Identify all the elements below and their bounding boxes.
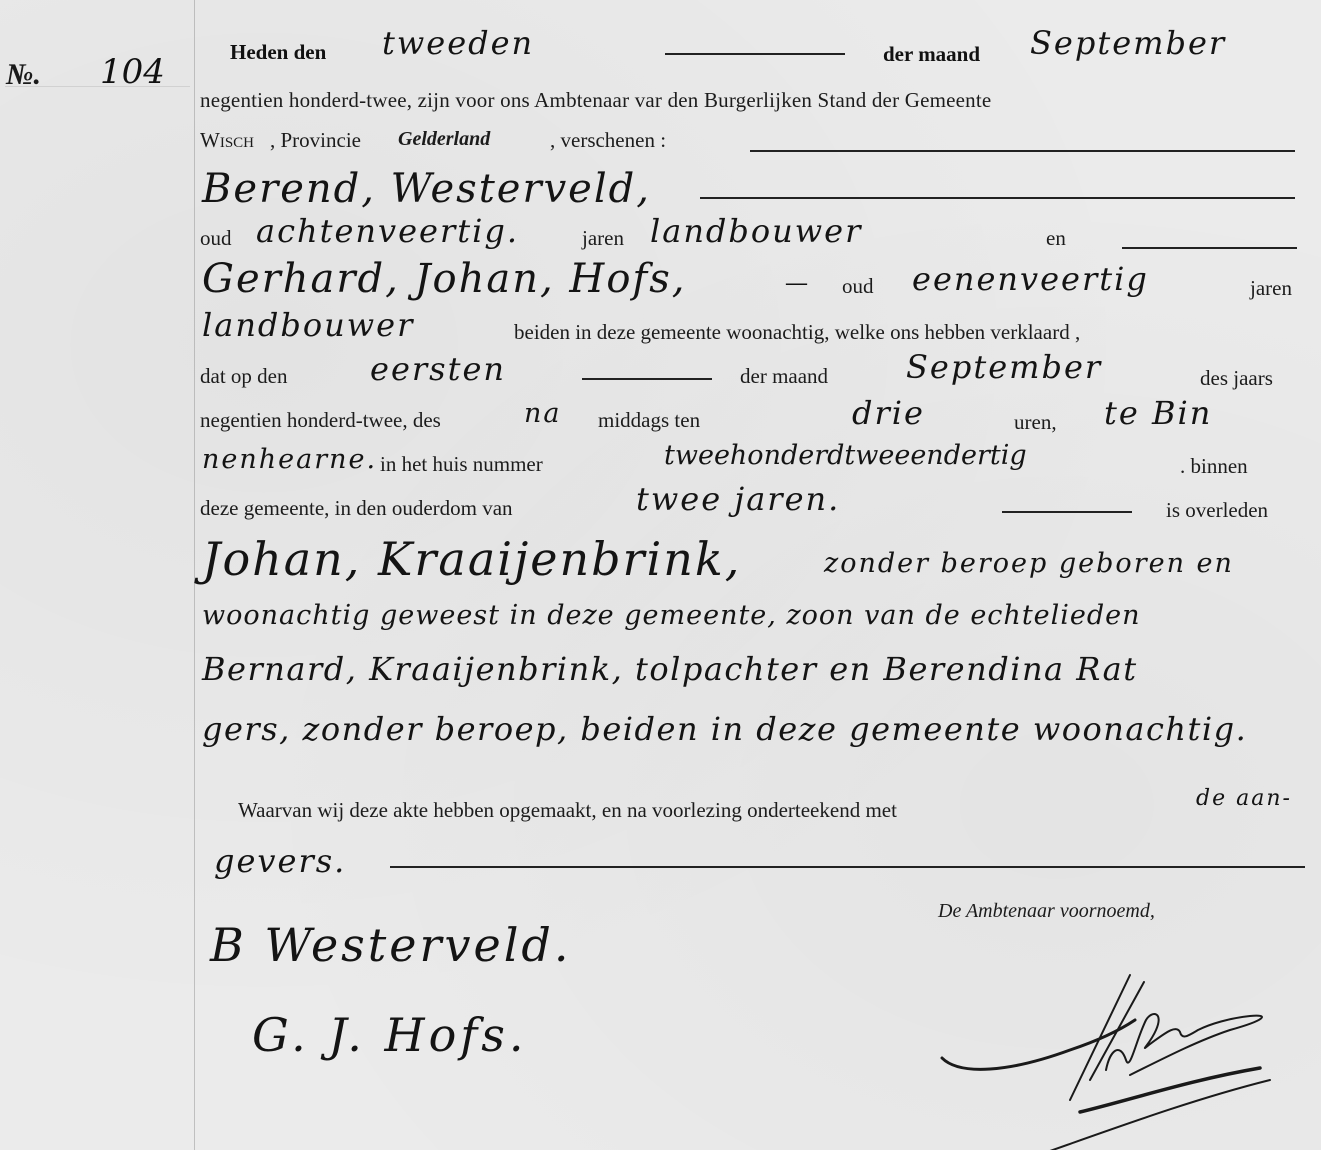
handwritten-parents-names: Bernard, Kraaijenbrink, tolpachter en Be… [202,650,1138,688]
record-number-label: №. [6,58,41,92]
province-name: Gelderland [398,128,490,151]
printed-text: is overleden [1166,498,1268,523]
blank-rule [750,150,1295,152]
handwritten-signers: de aan- [1196,786,1292,811]
printed-text: des jaars [1200,366,1273,391]
handwritten-deceased-name: Johan, Kraaijenbrink, [202,532,741,586]
handwritten-deceased-details: zonder beroep geboren en [824,548,1234,579]
printed-text: oud [200,226,232,251]
printed-text: dat op den [200,364,287,389]
handwritten-parents-residence: gers, zonder beroep, beiden in deze geme… [202,710,1247,748]
handwritten-place-part-1: te Bin [1104,394,1212,432]
printed-text: . binnen [1180,454,1248,479]
printed-text: jaren [1250,276,1292,301]
printed-text: in het huis nummer [380,452,543,477]
printed-text: negentien honderd-twee, zijn voor ons Am… [200,88,991,113]
municipality-name: Wisch [200,128,254,153]
handwritten-age-2: eenenveertig [912,260,1149,298]
handwritten-age-deceased: twee jaren. [636,480,840,518]
printed-text: uren, [1014,410,1057,435]
handwritten-occupation-2: landbouwer [202,306,414,344]
death-certificate-page: №. 104 Heden den tweeden der maand Septe… [0,0,1321,1150]
official-signature-icon [930,950,1320,1150]
printed-text: der maand [740,364,828,389]
blank-rule [700,197,1295,199]
blank-rule [665,53,845,55]
signature-declarant-2: G. J. Hofs. [252,1008,528,1062]
handwritten-declarant-2-name: Gerhard, Johan, Hofs, [202,256,686,302]
blank-rule [1002,511,1132,513]
printed-text: Heden den [230,40,326,65]
handwritten-time-of-day: na [524,398,562,429]
handwritten-declarant-1-name: Berend, Westerveld, [202,166,651,212]
record-number: 104 [100,52,165,92]
printed-text: beiden in deze gemeente woonachtig, welk… [514,320,1080,345]
handwritten-month: September [1030,24,1226,62]
printed-text: middags ten [598,408,700,433]
printed-text: jaren [582,226,624,251]
printed-text: negentien honderd-twee, des [200,408,441,433]
printed-text: , Provincie [270,128,366,153]
dash: — [786,270,807,295]
blank-rule [582,378,712,380]
handwritten-parents-intro: woonachtig geweest in deze gemeente, zoo… [202,600,1141,631]
printed-text: , verschenen : [550,128,666,153]
handwritten-signers-cont: gevers. [214,842,346,880]
handwritten-place-part-2: nenhearne. [202,444,377,475]
margin-rule [194,0,195,1150]
handwritten-hour: drie [852,394,925,432]
handwritten-age-1: achtenveertig. [256,212,519,250]
printed-text: deze gemeente, in den ouderdom van [200,496,513,521]
handwritten-day: tweeden [382,24,534,62]
handwritten-death-month: September [906,348,1102,386]
printed-text: der maand [883,42,980,67]
handwritten-death-day: eersten [370,350,506,388]
signature-declarant-1: B Westerveld. [210,918,571,972]
printed-text: Waarvan wij deze akte hebben opgemaakt, … [238,798,897,823]
blank-rule [390,866,1305,868]
handwritten-house-number: tweehonderdtweeendertig [664,440,1027,471]
handwritten-occupation-1: landbouwer [650,212,862,250]
blank-rule [1122,247,1297,249]
printed-text: oud [842,274,874,299]
printed-text: en [1046,226,1066,251]
official-label: De Ambtenaar voornoemd, [938,900,1155,923]
